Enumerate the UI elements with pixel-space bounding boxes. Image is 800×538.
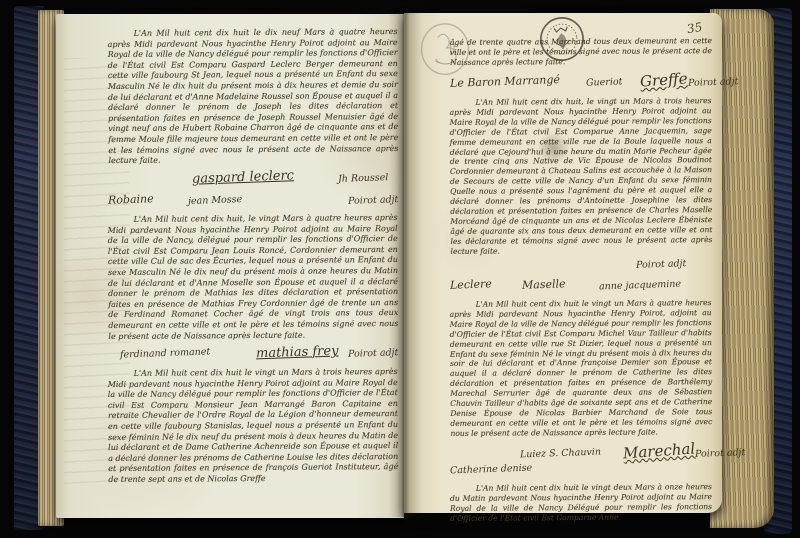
act-continuation-text: âgé de trente quatre ans Marchand tous d… (450, 36, 712, 68)
right-page-text-block: âgé de trente quatre ans Marchand tous d… (450, 37, 712, 527)
act-text: L'An Mil huit cent dix huit le vingt deu… (450, 482, 712, 523)
act-text: L'An Mil huit cent dix huit, le vingt un… (449, 96, 712, 256)
signature-robaine: Robaine (108, 192, 154, 207)
birth-act-vaur: L'An Mil huit cent dix huit le vingt un … (450, 299, 712, 475)
signature-gaspard-leclerc: gaspard leclerc (192, 168, 294, 187)
signature-baron-marrange: Le Baron Marrangé (450, 73, 560, 90)
signature-chauvin: Luiez S. Chauvin (520, 446, 601, 460)
birth-act-leclerc: L'An Mil huit cent dix huit le dix neuf … (108, 28, 398, 206)
birth-act-marrange-end: âgé de trente quatre ans Marchand tous d… (450, 37, 712, 89)
act-text: L'An Mil huit cent dix huit le dix neuf … (108, 27, 399, 167)
signature-mathias-frey: mathias frey (256, 343, 339, 361)
signature-anne-jacquemine: anne jacquemine (599, 279, 681, 293)
signatures-row: ferdinand romanet mathias frey Poirot ad… (108, 345, 398, 360)
signatures-row: Poirot adjt (450, 259, 712, 270)
birth-act-marrange-begin: L'An Mil huit cent dix huit le vingt un … (108, 368, 398, 485)
signature-ferdinand-romanet: ferdinand romanet (120, 346, 211, 360)
folio-page-number: 35 (686, 20, 703, 36)
signature-poirot-adjoint: Poirot adjt (635, 258, 686, 271)
signature-maselle: Maselle (522, 277, 566, 292)
signature-gueriot: Gueriot (586, 76, 623, 88)
signature-mosse: jean Mosse (187, 194, 242, 207)
birth-act-ronce: L'An Mil huit cent dix huit, le vingt Ma… (108, 214, 398, 360)
signatures-row: Le Baron Marrangé Gueriot Greffe Poirot … (450, 71, 712, 89)
signature-poirot-adjoint: Poirot adjt (688, 76, 739, 89)
signature-poirot-adjoint: Poirot adjt (347, 347, 398, 360)
birth-act-next-begin: L'An Mil huit cent dix huit le vingt deu… (450, 483, 712, 523)
signature-poirot-adjoint: Poirot adjt (347, 194, 398, 207)
signatures-row: Catherine denise (450, 464, 712, 475)
signature-catherine-denise: Catherine denise (450, 462, 533, 476)
act-text: L'An Mil huit cent dix huit le vingt un … (108, 367, 399, 486)
act-text: L'An Mil huit cent dix huit, le vingt Ma… (108, 213, 399, 342)
signature-leclere: Leclere (450, 277, 492, 291)
signature-marechal: Marechal (622, 439, 695, 462)
left-page-text-block: L'An Mil huit cent dix huit le dix neuf … (108, 28, 398, 488)
signatures-row: Leclere Maselle anne jacquemine (450, 278, 712, 291)
photographed-register-book: L'An Mil huit cent dix huit le dix neuf … (0, 0, 800, 538)
left-page: L'An Mil huit cent dix huit le dix neuf … (56, 14, 404, 518)
signature-poirot-adjoint: Poirot adjt (695, 447, 746, 460)
birth-act-jacquemin: L'An Mil huit cent dix huit, le vingt un… (450, 97, 712, 292)
signature-greffe: Greffe (640, 69, 689, 90)
right-page: 35 âgé de trente quatre ans Marchand tou… (404, 13, 722, 513)
signatures-row: Luiez S. Chauvin Marechal Poirot adjt (450, 442, 712, 460)
signatures-row: Robaine jean Mosse Poirot adjt (108, 193, 398, 206)
signature-roussel: Jh Roussel (337, 172, 388, 185)
act-text: L'An Mil huit cent dix huit le vingt un … (450, 298, 713, 439)
signatures-row: gaspard leclerc Jh Roussel (108, 170, 398, 185)
